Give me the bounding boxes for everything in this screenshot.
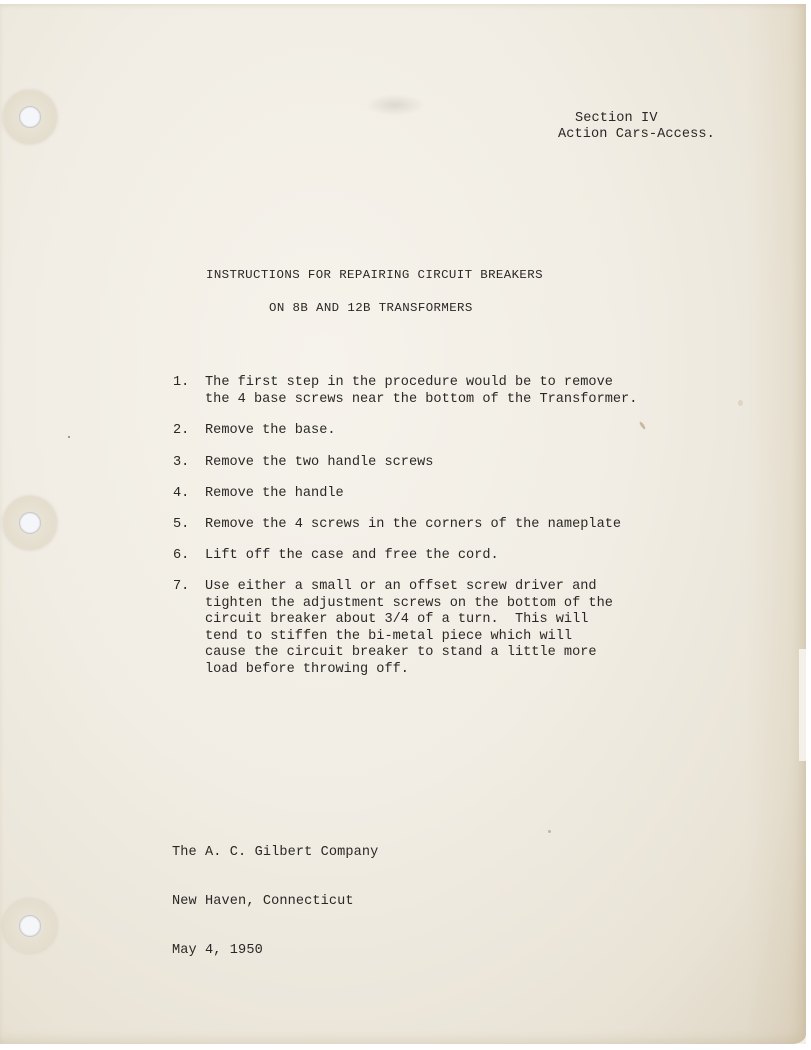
step-text: Remove the base.	[205, 423, 336, 440]
step-number: 6.	[173, 548, 189, 565]
step-number: 7.	[173, 579, 189, 596]
section-subtitle: Action Cars-Access.	[558, 127, 715, 144]
punch-hole-icon	[3, 899, 57, 953]
signature-block: The A. C. Gilbert Company New Haven, Con…	[172, 812, 378, 992]
step-text: Remove the handle	[205, 486, 344, 503]
step-text: Lift off the case and free the cord.	[205, 548, 499, 565]
punch-hole-icon	[3, 496, 57, 550]
stain-speck	[68, 436, 70, 438]
step-number: 1.	[173, 375, 189, 392]
document-subtitle: ON 8B AND 12B TRANSFORMERS	[269, 300, 473, 317]
stain-speck	[639, 421, 647, 430]
document-date: May 4, 1950	[172, 943, 378, 959]
step-text: Remove the 4 screws in the corners of th…	[205, 517, 621, 534]
smudge-mark	[365, 94, 425, 116]
step-number: 4.	[173, 486, 189, 503]
stain-speck	[548, 830, 551, 833]
step-text: Use either a small or an offset screw dr…	[205, 579, 613, 679]
step-number: 3.	[173, 455, 189, 472]
step-number: 2.	[173, 423, 189, 440]
step-number: 5.	[173, 517, 189, 534]
document-title: INSTRUCTIONS FOR REPAIRING CIRCUIT BREAK…	[206, 267, 543, 284]
section-number: Section IV	[575, 111, 658, 128]
document-page: Section IV Action Cars-Access. INSTRUCTI…	[0, 4, 806, 1044]
step-text: The first step in the procedure would be…	[205, 375, 637, 408]
stain-speck	[738, 400, 743, 406]
torn-edge-notch	[799, 649, 806, 761]
company-location: New Haven, Connecticut	[172, 894, 378, 910]
punch-hole-icon	[3, 90, 57, 144]
company-name: The A. C. Gilbert Company	[172, 845, 378, 861]
step-text: Remove the two handle screws	[205, 455, 433, 472]
